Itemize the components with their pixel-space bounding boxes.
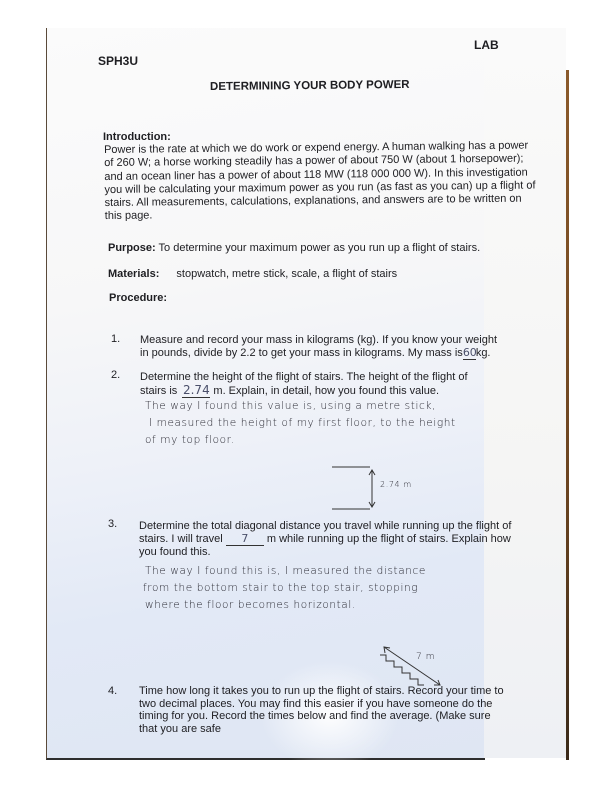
step-number: 1. [111, 333, 120, 345]
page-title: DETERMINING YOUR BODY POWER [210, 79, 410, 93]
step-3-text: Determine the total diagonal distance yo… [139, 520, 519, 559]
step-number: 2. [111, 369, 120, 381]
procedure-heading: Procedure: [109, 292, 167, 304]
introduction-heading: Introduction: [103, 131, 171, 143]
step-number: 4. [108, 685, 117, 697]
height-sketch-label: 2.74 m [380, 480, 412, 490]
introduction-text: Power is the rate at which we do work or… [104, 139, 537, 223]
mass-answer-field[interactable]: 60 [463, 347, 476, 361]
handwritten-answer-3: The way I found this is, I measured the … [145, 563, 426, 614]
step-4-text: Time how long it takes you to run up the… [139, 685, 509, 735]
step-1-text: Measure and record your mass in kilogram… [140, 334, 500, 360]
step-2-text: Determine the height of the flight of st… [140, 371, 485, 398]
step-number: 3. [108, 518, 117, 530]
doc-type-label: LAB [474, 38, 499, 52]
height-answer-field[interactable]: 2.74 [182, 384, 210, 399]
materials-text: stopwatch, metre stick, scale, a flight … [176, 268, 397, 280]
purpose-text: To determine your maximum power as you r… [159, 242, 481, 254]
distance-answer-field[interactable]: 7 [226, 533, 264, 547]
page-margin [484, 28, 566, 758]
stairs-sketch-label: 7 m [416, 652, 435, 662]
materials-label: Materials: [108, 268, 159, 280]
purpose-label: Purpose: [108, 242, 156, 254]
handwritten-answer-2: The way I found this value is, using a m… [145, 398, 456, 449]
table-edge [566, 70, 569, 760]
materials-row: Materials: stopwatch, metre stick, scale… [108, 268, 397, 280]
purpose-row: Purpose: To determine your maximum power… [108, 242, 480, 254]
course-code: SPH3U [98, 54, 138, 68]
